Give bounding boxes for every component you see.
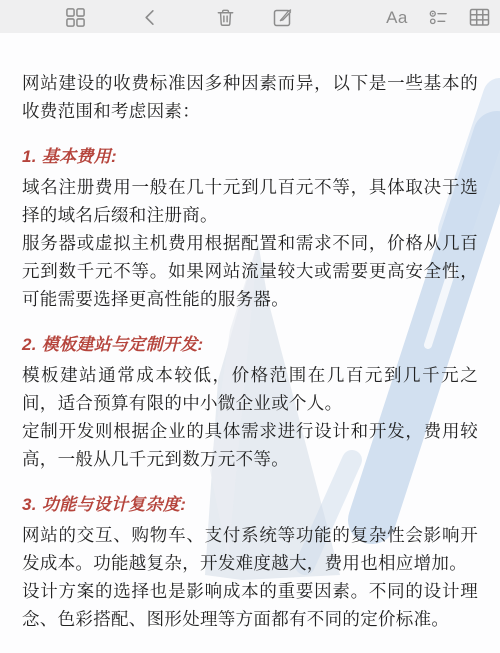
checklist-icon[interactable]	[425, 4, 451, 30]
section-1-paragraph-server: 服务器或虚拟主机费用根据配置和需求不同，价格从几百元到数千元不等。如果网站流量较…	[22, 229, 478, 313]
toolbar: Aa	[0, 0, 500, 33]
note-content: 网站建设的收费标准因多种因素而异，以下是一些基本的收费范围和考虑因素： 1. 基…	[0, 33, 500, 633]
notes-app-page: Aa 网站建设的收费标准因多种因素而异，以下是一些基本的收费范围和考虑因素：	[0, 0, 500, 653]
section-2-paragraph-template: 模板建站通常成本较低，价格范围在几百元到几千元之间，适合预算有限的中小微企业或个…	[22, 361, 478, 417]
text-format-icon[interactable]: Aa	[384, 4, 410, 30]
intro-paragraph: 网站建设的收费标准因多种因素而异，以下是一些基本的收费范围和考虑因素：	[22, 69, 478, 125]
trash-icon[interactable]	[212, 4, 238, 30]
section-3-paragraph-function: 网站的交互、购物车、支付系统等功能的复杂性会影响开发成本。功能越复杂，开发难度越…	[22, 521, 478, 577]
grid-overview-icon[interactable]	[62, 4, 88, 30]
text-format-label: Aa	[386, 9, 408, 26]
section-3-paragraph-design: 设计方案的选择也是影响成本的重要因素。不同的设计理念、色彩搭配、图形处理等方面都…	[22, 577, 478, 633]
section-2-paragraph-custom: 定制开发则根据企业的具体需求进行设计和开发，费用较高，一般从几千元到数万元不等。	[22, 417, 478, 473]
table-icon[interactable]	[466, 4, 492, 30]
section-1-heading: 1. 基本费用:	[22, 143, 478, 171]
section-1-paragraph-domain: 域名注册费用一般在几十元到几百元不等，具体取决于选择的域名后缀和注册商。	[22, 173, 478, 229]
compose-icon[interactable]	[269, 4, 295, 30]
back-chevron-icon[interactable]	[137, 4, 163, 30]
section-2-heading: 2. 模板建站与定制开发:	[22, 331, 478, 359]
section-3-heading: 3. 功能与设计复杂度:	[22, 491, 478, 519]
